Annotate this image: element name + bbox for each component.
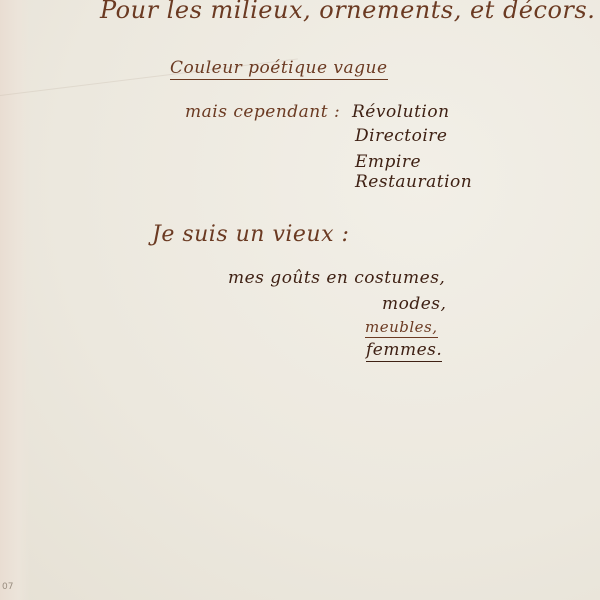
manuscript-page: Pour les milieux, ornements, et décors. … xyxy=(0,0,600,600)
period-restauration: Restauration xyxy=(355,172,472,192)
item-modes: modes, xyxy=(382,294,446,314)
folio-mark: 07 xyxy=(2,582,13,592)
line-gouts: mes goûts en costumes, xyxy=(228,268,445,288)
item-meubles: meubles, xyxy=(365,318,438,336)
line-couleur: Couleur poétique vague xyxy=(170,58,388,78)
item-femmes-text: femmes. xyxy=(366,340,442,362)
period-revolution: Révolution xyxy=(352,102,450,122)
line-heading: Pour les milieux, ornements, et décors. xyxy=(100,0,595,24)
line-cependant: mais cependant : xyxy=(185,102,340,122)
line-couleur-text: Couleur poétique vague xyxy=(170,58,388,80)
period-directoire: Directoire xyxy=(355,126,447,146)
period-empire: Empire xyxy=(355,152,421,172)
line-je-suis: Je suis un vieux : xyxy=(152,222,349,247)
item-femmes: femmes. xyxy=(366,340,442,360)
paper-left-edge xyxy=(0,0,30,600)
item-meubles-text: meubles, xyxy=(365,318,438,338)
